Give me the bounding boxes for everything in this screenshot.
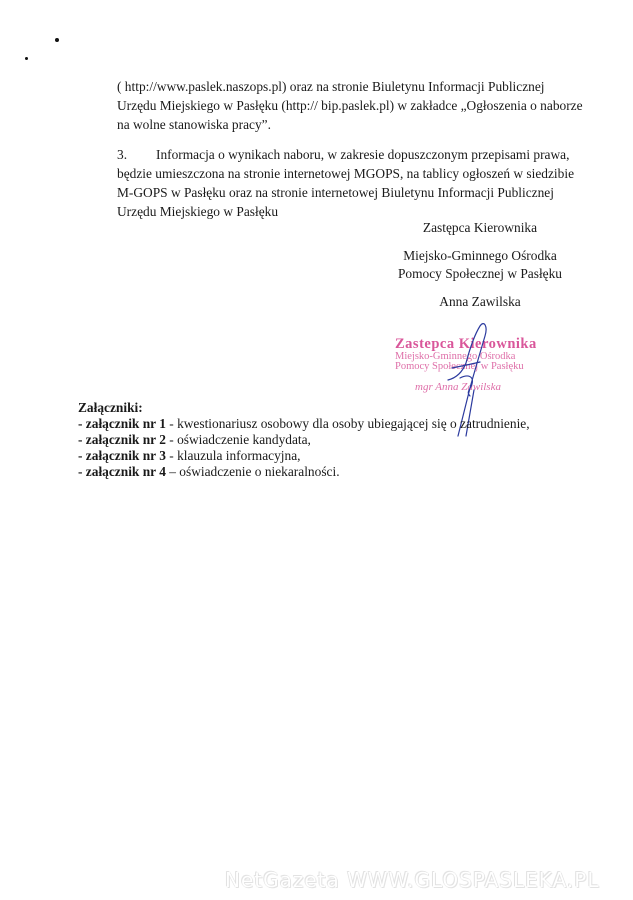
- attachments-section: Załączniki: - załącznik nr 1 - kwestiona…: [78, 400, 530, 480]
- attachment-item: - załącznik nr 4 – oświadczenie o niekar…: [78, 464, 530, 480]
- text-line: 3.Informacja o wynikach naboru, w zakres…: [117, 145, 587, 164]
- attachment-item: - załącznik nr 3 - klauzula informacyjna…: [78, 448, 530, 464]
- signature-title: Zastępca Kierownika: [380, 218, 580, 237]
- text-line: będzie umieszczona na stronie internetow…: [117, 164, 587, 183]
- point-number: 3.: [117, 145, 156, 164]
- signature-name: Anna Zawilska: [380, 292, 580, 311]
- attachment-item: - załącznik nr 1 - kwestionariusz osobow…: [78, 416, 530, 432]
- point-3-paragraph: 3.Informacja o wynikach naboru, w zakres…: [117, 145, 587, 221]
- paragraph-continuation: ( http://www.paslek.naszops.pl) oraz na …: [117, 77, 587, 134]
- scan-speck: [55, 38, 59, 42]
- scan-speck: [25, 57, 28, 60]
- text-line: M-GOPS w Pasłęku oraz na stronie interne…: [117, 183, 587, 202]
- watermark: NetGazeta WWW.GLOSPASLEKA.PL: [225, 868, 599, 892]
- text-line: ( http://www.paslek.naszops.pl) oraz na …: [117, 77, 587, 96]
- text-line: Urzędu Miejskiego w Pasłęku (http:// bip…: [117, 96, 587, 115]
- text-line: na wolne stanowiska pracy”.: [117, 115, 587, 134]
- signature-org-line2: Pomocy Społecznej w Pasłęku: [380, 264, 580, 283]
- attachment-item: - załącznik nr 2 - oświadczenie kandydat…: [78, 432, 530, 448]
- attachments-heading: Załączniki:: [78, 400, 530, 416]
- text-line: Informacja o wynikach naboru, w zakresie…: [156, 147, 569, 162]
- signature-org-line1: Miejsko-Gminnego Ośrodka: [380, 246, 580, 265]
